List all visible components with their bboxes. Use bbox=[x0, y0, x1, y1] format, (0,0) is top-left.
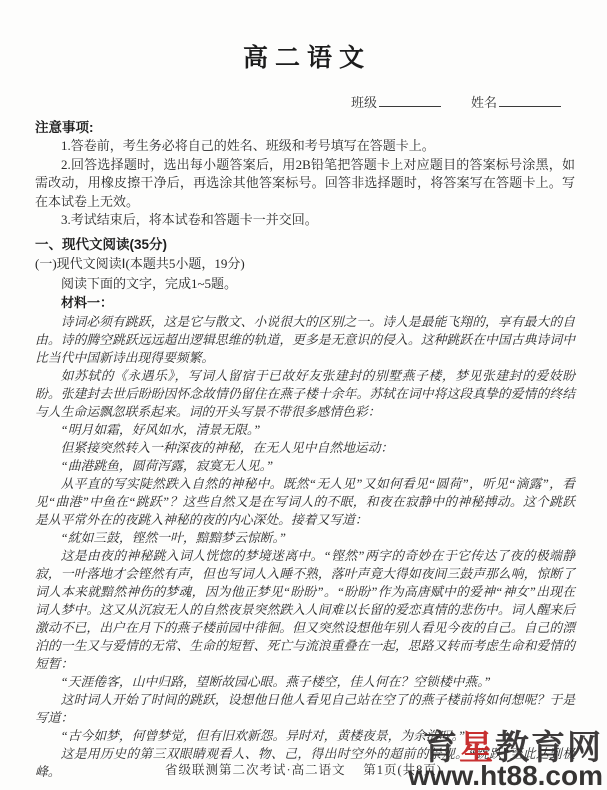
student-info-row: 班级 姓名 bbox=[0, 92, 561, 111]
notice-item-2: 2.回答选择题时，选出每小题答案后，用2B铅笔把答题卡上对应题目的答案标号涂黑，… bbox=[35, 156, 575, 212]
material-quote: “曲港跳鱼，圆荷泻露，寂寞无人见。” bbox=[35, 457, 575, 475]
notice-item-3: 3.考试结束后，将本试卷和答题卡一并交回。 bbox=[35, 211, 575, 230]
name-blank-line bbox=[499, 94, 561, 107]
class-field: 班级 bbox=[351, 92, 441, 111]
material-paragraph: 但紧接突然转入一种深夜的神秘，在无人见中自然地运动： bbox=[35, 439, 575, 457]
notice-item-1: 1.答卷前，考生务必将自己的姓名、班级和考号填写在答题卡上。 bbox=[35, 137, 575, 156]
material-paragraph: 诗词必须有跳跃，这是它与散文、小说很大的区别之一。诗人是最能飞翔的，享有最大的自… bbox=[35, 313, 575, 367]
material-quote: “紞如三鼓，铿然一叶，黯黯梦云惊断。” bbox=[35, 529, 575, 547]
material-paragraph: 这是由夜的神秘跳入词人恍惚的梦境迷离中。“铿然”两字的奇妙在于它传达了夜的极端静… bbox=[35, 547, 575, 673]
material-paragraph: 如苏轼的《永遇乐》，写词人留宿于已故好友张建封的别墅燕子楼，梦见张建封的爱妓盼盼… bbox=[35, 367, 575, 421]
exam-paper-page: 高二语文 班级 姓名 注意事项: 1.答卷前，考生务必将自己的姓名、班级和考号填… bbox=[0, 0, 607, 790]
notice-heading: 注意事项: bbox=[35, 119, 575, 137]
class-blank-line bbox=[379, 94, 441, 107]
material-quote: “明月如霜，好风如水，清景无限。” bbox=[35, 421, 575, 439]
section-heading: 一、现代文阅读(35分) bbox=[35, 235, 575, 255]
watermark: 育星教育网 www.ht88.com bbox=[408, 731, 603, 790]
class-label: 班级 bbox=[351, 95, 377, 110]
section-subheading: (一)现代文阅读Ⅰ(本题共5小题，19分) bbox=[35, 254, 575, 274]
reading-instruction: 阅读下面的文字，完成1~5题。 bbox=[35, 274, 575, 294]
name-label: 姓名 bbox=[471, 95, 497, 110]
material-paragraph: 从平直的写实陡然跌入自然的神秘中。既然“无人见”又如何看见“圆荷”，听见“滴露”… bbox=[35, 475, 575, 529]
material-label: 材料一： bbox=[35, 293, 575, 313]
page-content: 注意事项: 1.答卷前，考生务必将自己的姓名、班级和考号填写在答题卡上。 2.回… bbox=[35, 119, 575, 781]
name-field: 姓名 bbox=[471, 92, 561, 111]
material-quote: “天涯倦客，山中归路，望断故园心眼。燕子楼空，佳人何在？空锁楼中燕。” bbox=[35, 673, 575, 691]
watermark-url: www.ht88.com bbox=[408, 762, 603, 790]
page-title: 高二语文 bbox=[0, 0, 607, 74]
material-paragraph: 这时词人开始了时间的跳跃，设想他日他人看见自己站在空了的燕子楼前将如何想呢？于是… bbox=[35, 691, 575, 727]
